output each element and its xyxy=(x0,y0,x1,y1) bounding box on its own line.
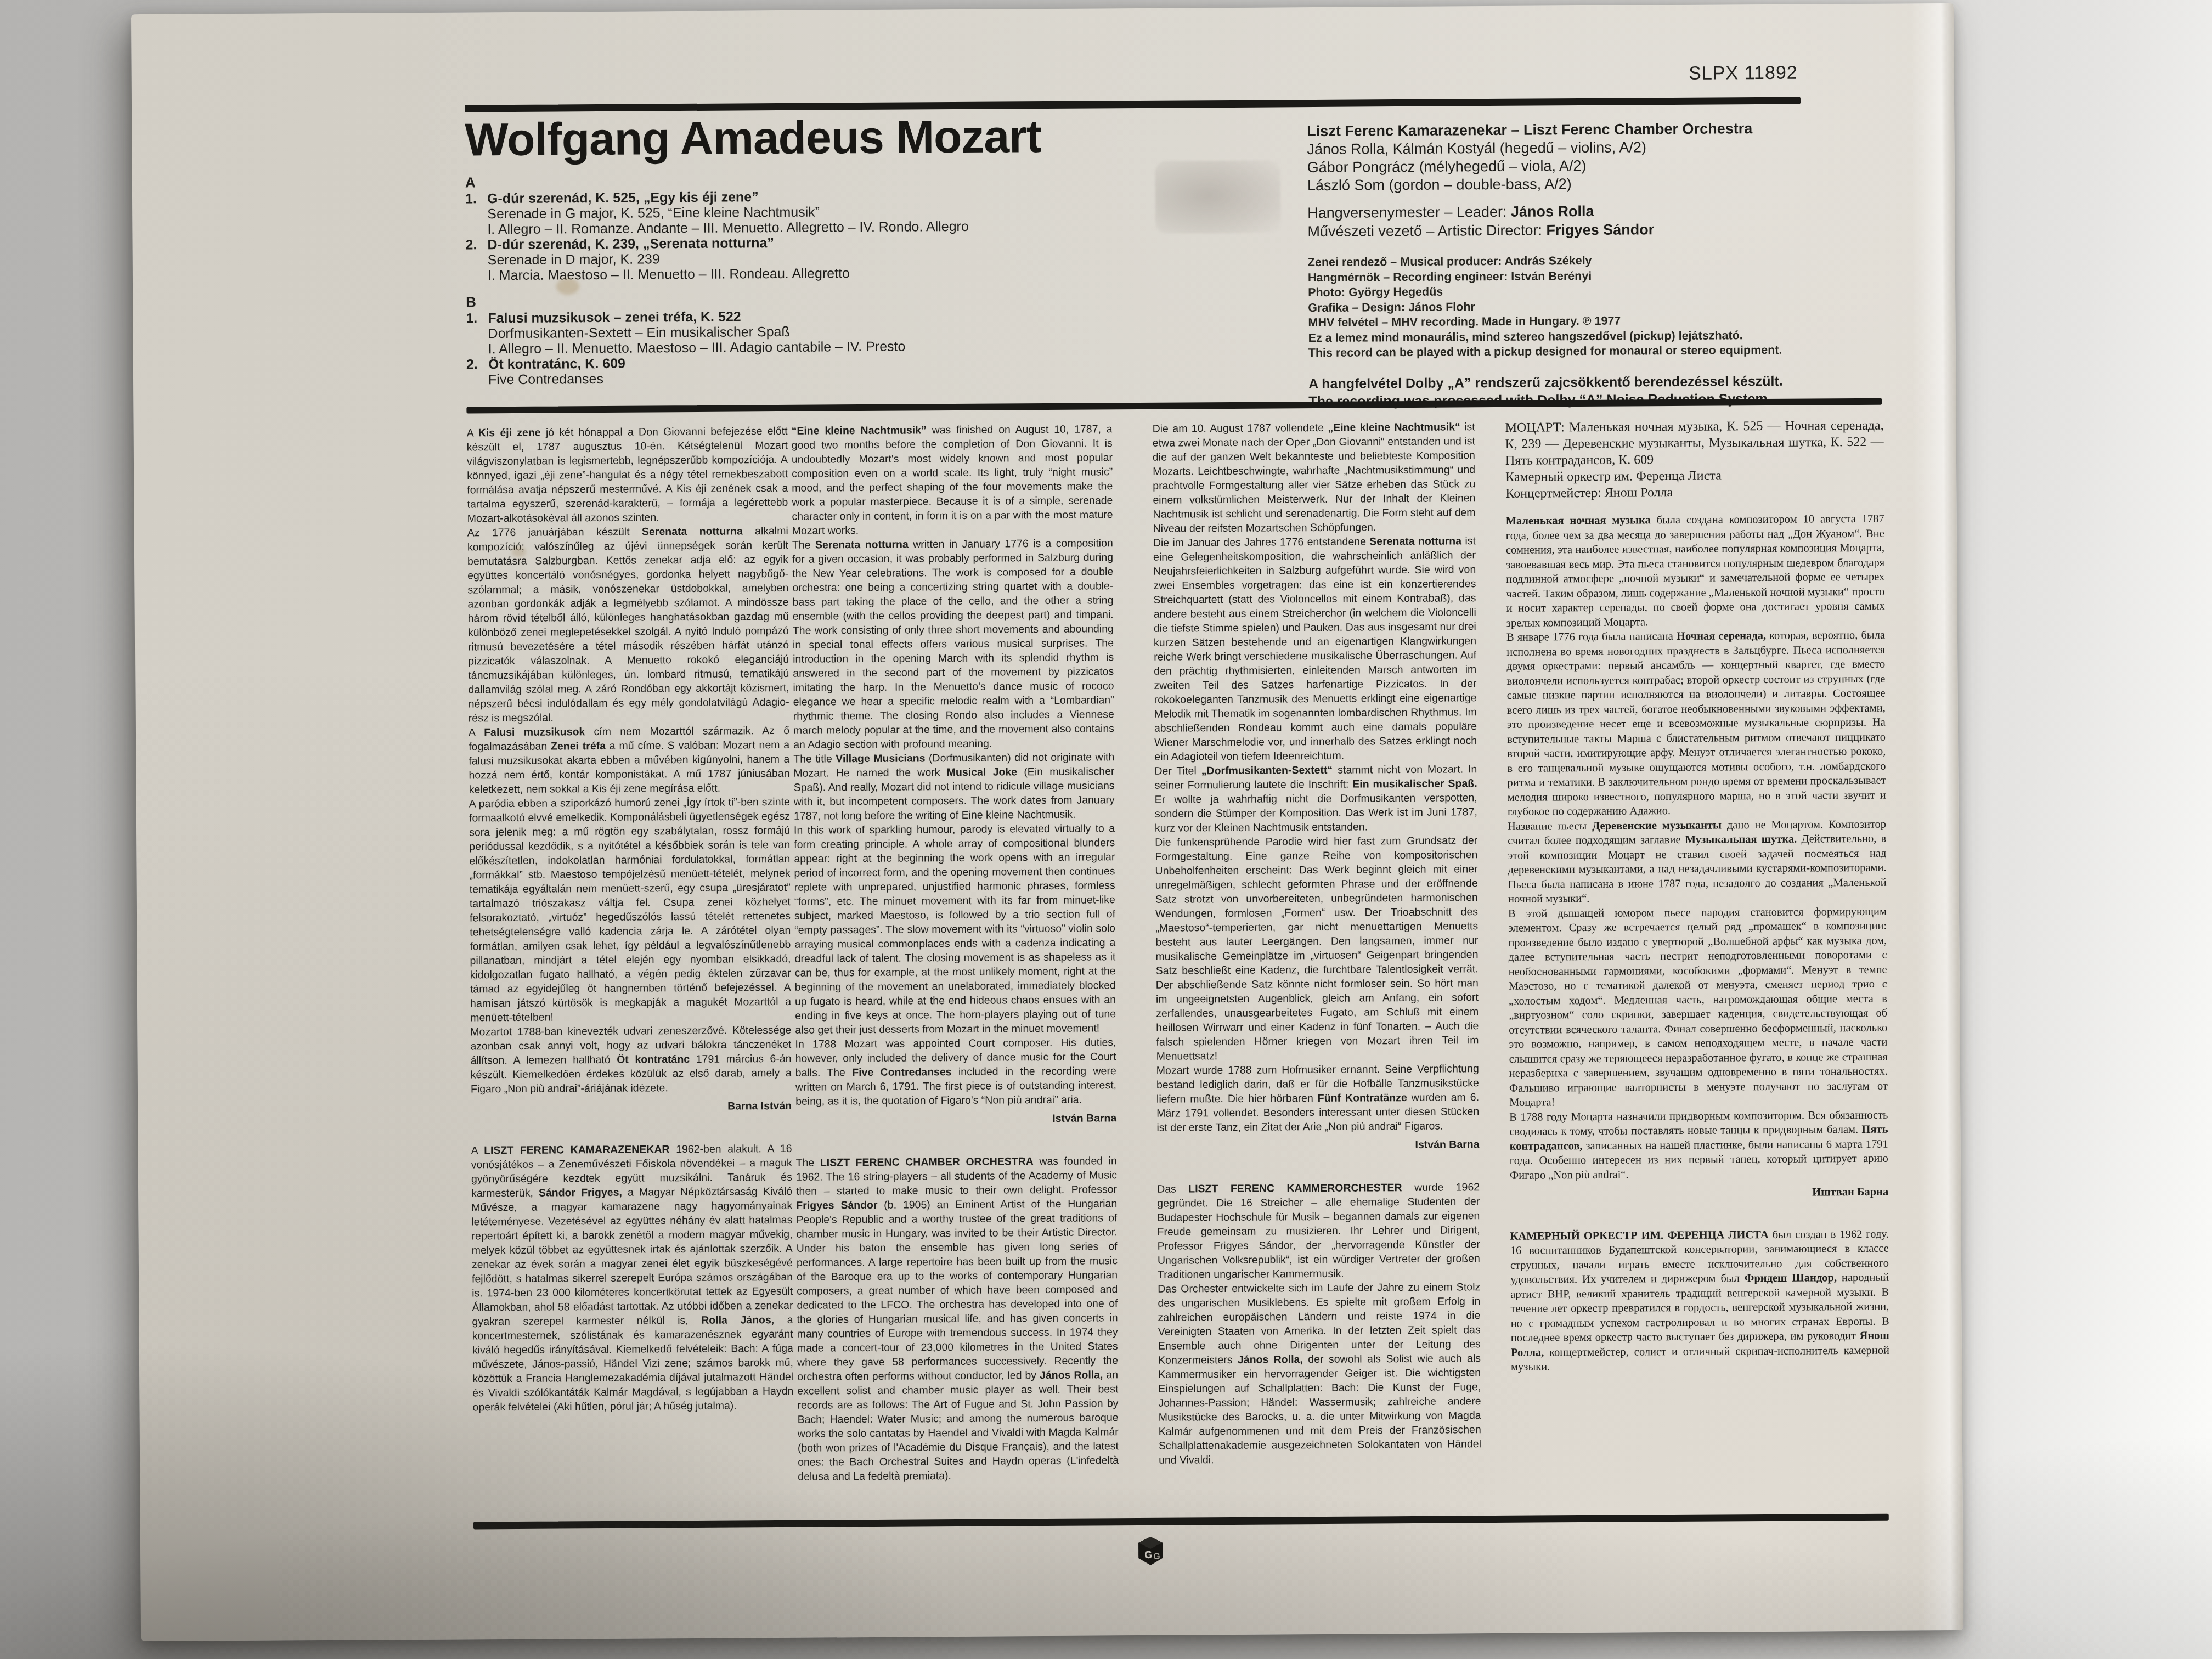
artistic-director-line: Művészeti vezető – Artistic Director: Fr… xyxy=(1307,218,1944,241)
note-paragraph: Маленькая ночная музыка была создана ком… xyxy=(1506,512,1885,630)
note-paragraph: The title Village Musicians (Dorfmusikan… xyxy=(793,750,1115,823)
track-b2: 2.Öt kontratánc, K. 609 Five Contredanse… xyxy=(466,352,1333,388)
track-title: Öt kontratánc, K. 609 xyxy=(488,356,625,373)
notes-column-hungarian: A Kis éji zene jó két hónappal a Don Gio… xyxy=(467,424,794,1519)
note-paragraph: In this work of sparkling humour, parody… xyxy=(794,821,1116,1037)
svg-text:G: G xyxy=(1144,1549,1152,1560)
leader-name: János Rolla xyxy=(1511,203,1594,220)
credits-block: Liszt Ferenc Kamarazenekar – Liszt Feren… xyxy=(1307,119,1945,410)
note-paragraph: Az 1776 januárjában készült Serenata not… xyxy=(467,524,789,726)
note-paragraph: In 1788 Mozart was appointed Court compo… xyxy=(795,1035,1116,1109)
artistic-director-name: Frigyes Sándor xyxy=(1546,221,1654,238)
note-paragraph: Die im Januar des Jahres 1776 entstanden… xyxy=(1153,534,1477,764)
track-number: 1. xyxy=(466,311,488,326)
track-a1: 1.G-dúr szerenád, K. 525, „Egy kis éji z… xyxy=(465,186,1332,238)
note-paragraph: Das Orchester entwickelte sich im Laufe … xyxy=(1158,1280,1481,1468)
tracklist: A 1.G-dúr szerenád, K. 525, „Egy kis éji… xyxy=(465,170,1333,388)
note-paragraph: Иштван Барна xyxy=(1510,1185,1888,1202)
photo-background: SLPX 11892 Wolfgang Amadeus Mozart A 1.G… xyxy=(0,0,2212,1659)
credit-line: This record can be played with a pickup … xyxy=(1308,342,1945,361)
note-paragraph: МОЦАРТ: Маленькая ночная музыка, К. 525 … xyxy=(1505,417,1884,469)
track-number: 1. xyxy=(465,191,487,206)
russian-title-block: МОЦАРТ: Маленькая ночная музыка, К. 525 … xyxy=(1505,417,1884,502)
note-paragraph: Barna István xyxy=(471,1099,792,1115)
track-title: G-dúr szerenád, K. 525, „Egy kis éji zen… xyxy=(487,189,759,206)
note-paragraph: Der Titel „Dorfmusikanten-Sextett“ stamm… xyxy=(1154,762,1477,836)
note-paragraph: КАМЕРНЫЙ ОРКЕСТР ИМ. ФЕРЕНЦА ЛИСТА был с… xyxy=(1510,1227,1890,1374)
note-paragraph: The Serenata notturna written in January… xyxy=(792,536,1114,752)
note-paragraph: В этой дышащей юмором пьесе пародия стан… xyxy=(1508,904,1888,1110)
track-number: 2. xyxy=(465,237,487,252)
track-title: D-dúr szerenád, K. 239, „Serenata nottur… xyxy=(487,235,774,252)
top-rule xyxy=(465,97,1801,112)
note-paragraph: István Barna xyxy=(795,1111,1116,1127)
note-paragraph: A paródia ebben a sziporkázó humorú zene… xyxy=(469,795,792,1025)
mid-rule xyxy=(466,398,1882,414)
track-number: 2. xyxy=(466,357,488,372)
note-paragraph: The LISZT FERENC CHAMBER ORCHESTRA was f… xyxy=(796,1154,1119,1484)
record-sleeve: SLPX 11892 Wolfgang Amadeus Mozart A 1.G… xyxy=(131,3,1963,1641)
note-paragraph: Концертмейстер: Янош Ролла xyxy=(1505,483,1884,502)
player-lines: János Rolla, Kálmán Kostyál (hegedű – vi… xyxy=(1307,137,1944,195)
note-paragraph: A LISZT FERENC KAMARAZENEKAR 1962-ben al… xyxy=(471,1142,794,1415)
note-paragraph: Die am 10. August 1787 vollendete „Eine … xyxy=(1153,420,1476,536)
note-paragraph: A Kis éji zene jó két hónappal a Don Gio… xyxy=(467,424,788,526)
note-paragraph: István Barna xyxy=(1157,1137,1480,1154)
notes-column-english: “Eine kleine Nachtmusik” was finished on… xyxy=(792,422,1119,1517)
note-paragraph: В январе 1776 года была написана Ночная … xyxy=(1506,628,1886,820)
catalog-number: SLPX 11892 xyxy=(1689,63,1798,84)
publisher-cube-logo: G G xyxy=(1137,1537,1164,1565)
note-paragraph: A Falusi muzsikusok cím nem Mozarttól sz… xyxy=(469,724,790,797)
notes-column-russian: МОЦАРТ: Маленькая ночная музыка, К. 525 … xyxy=(1505,417,1891,1513)
note-paragraph: Камерный оркестр им. Ференца Листа xyxy=(1505,467,1884,486)
note-paragraph: Die funkensprühende Parodie wird hier fa… xyxy=(1155,833,1479,1064)
note-paragraph: Mozartot 1788-ban kinevezték udvari zene… xyxy=(470,1023,792,1097)
note-paragraph: Mozart wurde 1788 zum Hofmusiker ernannt… xyxy=(1156,1062,1480,1135)
credit-line: László Som (gordon – double-bass, A/2) xyxy=(1307,173,1944,195)
note-paragraph: В 1788 году Моцарта назначили придворным… xyxy=(1509,1108,1888,1183)
track-title: Falusi muzsikusok – zenei tréfa, K. 522 xyxy=(488,309,741,326)
track-a2: 2.D-dúr szerenád, K. 239, „Serenata nott… xyxy=(465,232,1332,284)
note-paragraph: Название пьесы Деревенские музыканты дан… xyxy=(1508,817,1887,906)
svg-text:G: G xyxy=(1153,1552,1160,1561)
note-paragraph: “Eine kleine Nachtmusik” was finished on… xyxy=(792,422,1113,538)
production-credits: Zenei rendező – Musical producer: András… xyxy=(1308,251,1945,361)
album-title: Wolfgang Amadeus Mozart xyxy=(465,110,1041,166)
russian-notes: Маленькая ночная музыка была создана ком… xyxy=(1506,512,1890,1375)
track-b1: 1.Falusi muzsikusok – zenei tréfa, K. 52… xyxy=(466,306,1333,357)
note-paragraph: Das LISZT FERENC KAMMERORCHESTER wurde 1… xyxy=(1157,1180,1480,1282)
notes-column-german: Die am 10. August 1787 vollendete „Eine … xyxy=(1153,420,1482,1515)
